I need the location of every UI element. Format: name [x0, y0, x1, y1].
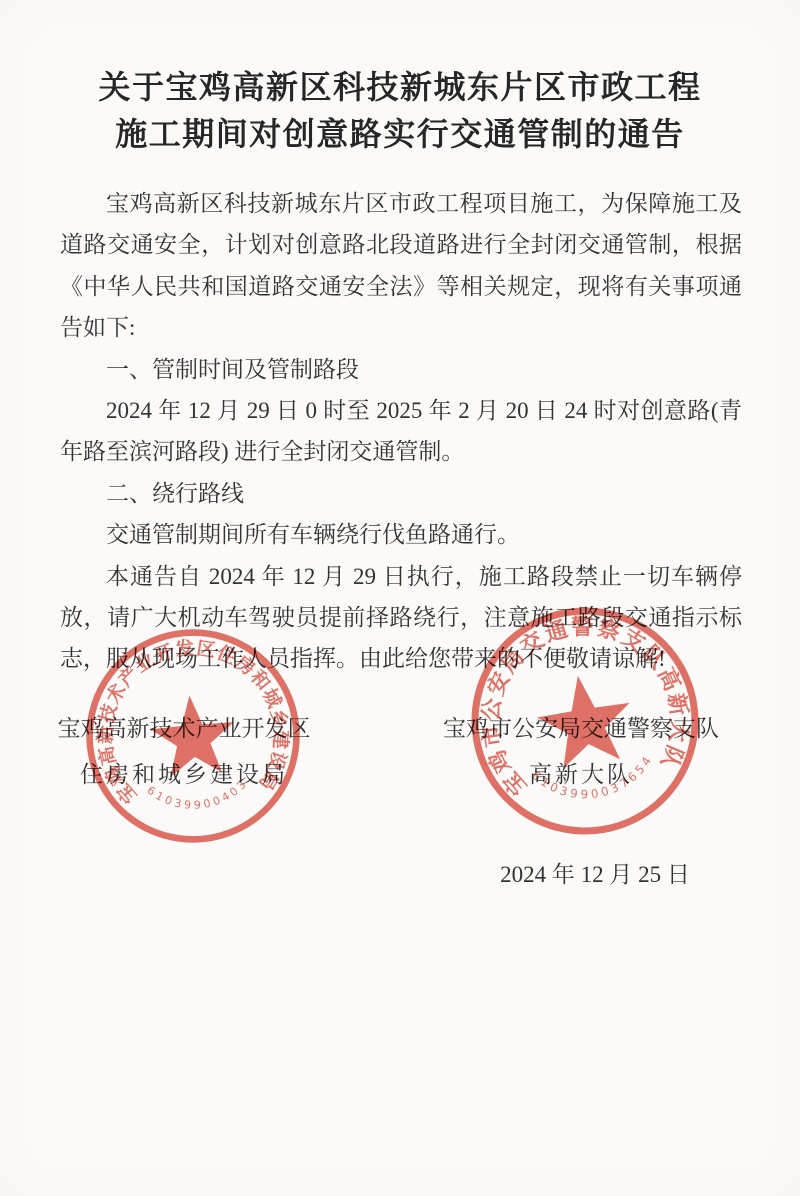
star-icon — [148, 692, 238, 779]
section2-text: 交通管制期间所有车辆绕行伐鱼路通行。 — [60, 514, 742, 555]
paragraph-intro: 宝鸡高新区科技新城东片区市政工程项目施工，为保障施工及道路交通安全，计划对创意路… — [60, 183, 742, 349]
official-seal-left: 宝鸡高新技术产业开发区住房和城乡建设局 61039900403 — [74, 617, 312, 855]
svg-text:6103990037654: 6103990037654 — [528, 750, 661, 810]
section1-heading: 一、管制时间及管制路段 — [60, 349, 742, 390]
document-page: 关于宝鸡高新区科技新城东片区市政工程 施工期间对创意路实行交通管制的通告 宝鸡高… — [0, 0, 800, 1196]
document-title: 关于宝鸡高新区科技新城东片区市政工程 施工期间对创意路实行交通管制的通告 — [0, 64, 800, 158]
section1-text: 2024 年 12 月 29 日 0 时至 2025 年 2 月 20 日 24… — [60, 390, 742, 473]
title-line-2: 施工期间对创意路实行交通管制的通告 — [115, 116, 685, 152]
seal-right-number: 6103990037654 — [528, 750, 661, 810]
star-icon — [532, 669, 638, 771]
document-date: 2024 年 12 月 25 日 — [455, 856, 735, 889]
section2-heading: 二、绕行路线 — [60, 473, 742, 514]
title-line-1: 关于宝鸡高新区科技新城东片区市政工程 — [98, 69, 701, 105]
official-seal-right: 宝鸡市公安局交通警察支队高新大队 6103990037654 — [451, 587, 719, 855]
svg-text:61039900403: 61039900403 — [144, 775, 253, 816]
seal-left-number: 61039900403 — [144, 775, 253, 816]
